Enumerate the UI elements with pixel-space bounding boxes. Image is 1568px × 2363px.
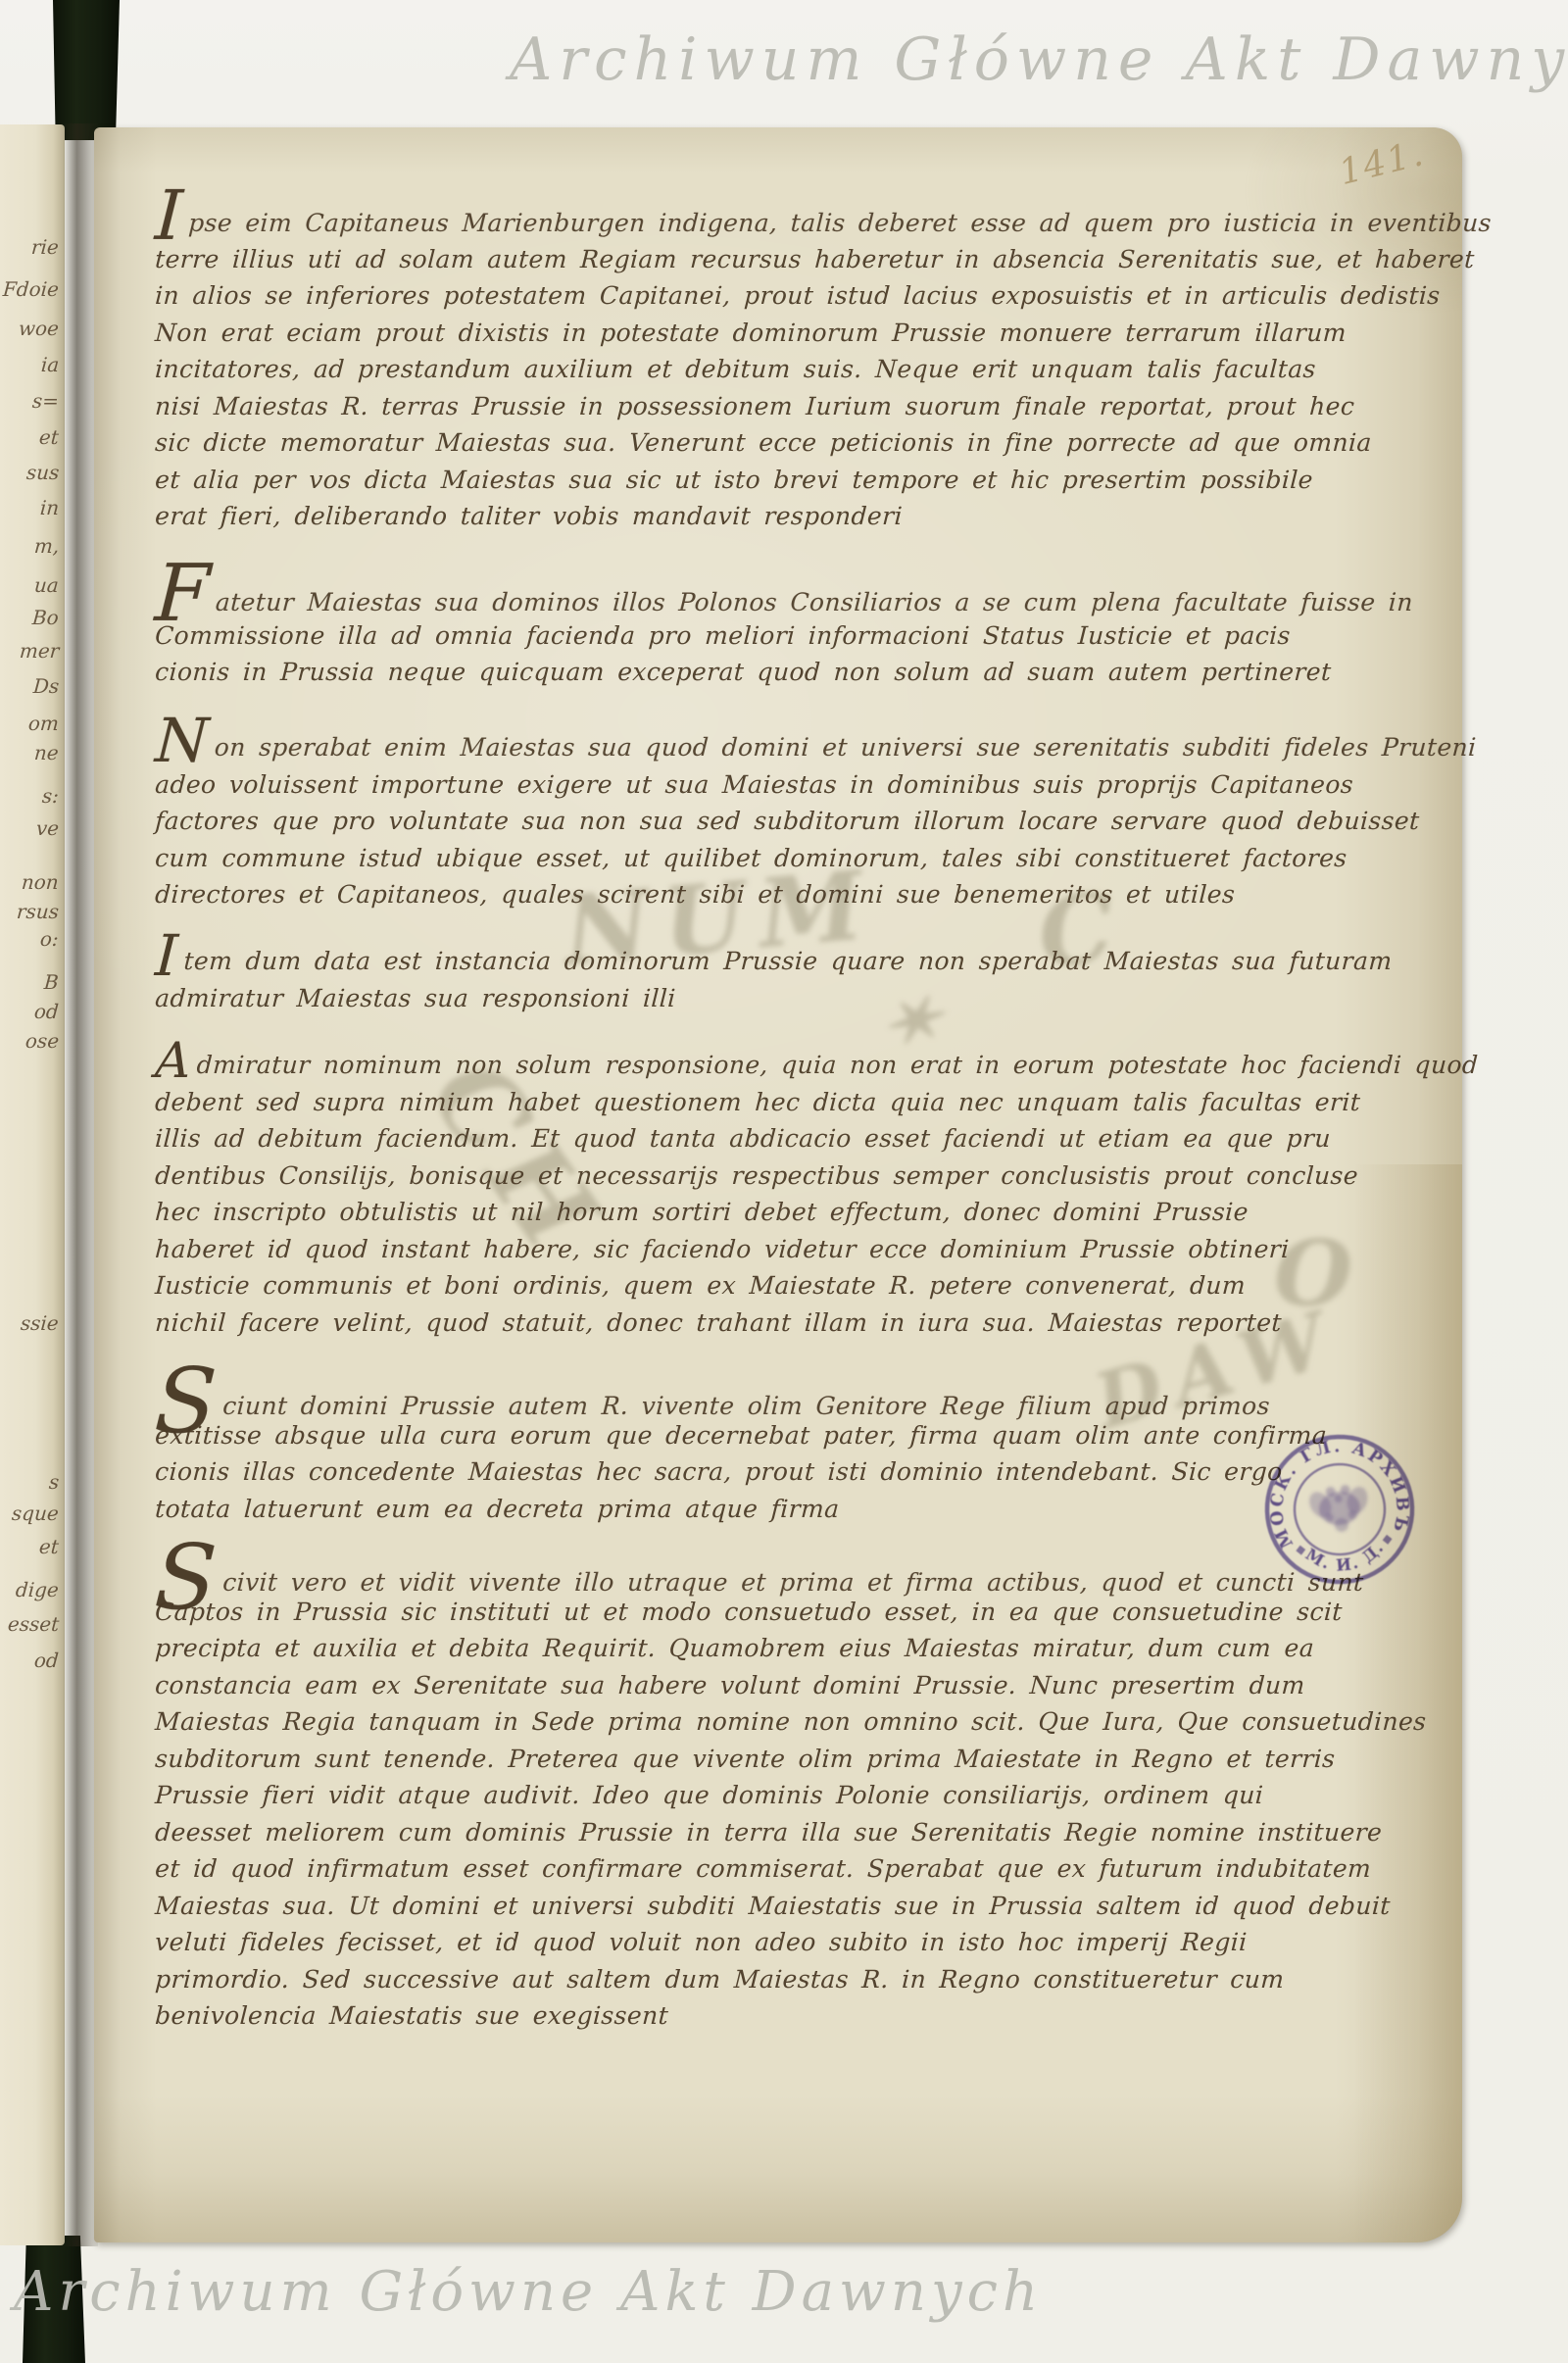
facing-page-text-fragment: o:	[39, 927, 59, 951]
facing-page-text-fragment: dige	[15, 1578, 60, 1601]
manuscript-paragraph: Scivit vero et vidit vivente illo utraqu…	[155, 1560, 1458, 2039]
facing-page-text-fragment: om	[27, 712, 60, 735]
facing-page-text-fragment: Fdoie	[2, 277, 60, 301]
manuscript-line: Sciunt domini Prussie autem R. vivente o…	[154, 1384, 1459, 1421]
manuscript-line: adeo voluissent importune exigere ut sua…	[154, 770, 1459, 808]
facing-page-text-fragment: m,	[33, 534, 60, 558]
manuscript-line: debent sed supra nimium habet questionem…	[154, 1088, 1459, 1125]
manuscript-line: sic dicte memoratur Maiestas sua. Veneru…	[154, 428, 1459, 466]
manuscript-line: Admiratur nominum non solum responsione,…	[154, 1051, 1459, 1088]
manuscript-line: factores que pro voluntate sua non sua s…	[154, 807, 1459, 844]
manuscript-line: Non sperabat enim Maiestas sua quod domi…	[154, 733, 1459, 770]
manuscript-line: Iusticie communis et boni ordinis, quem …	[154, 1271, 1459, 1308]
facing-page-text-fragment: woe	[18, 317, 60, 340]
facing-page-text-fragment: ne	[33, 741, 59, 764]
manuscript-line: haberet id quod instant habere, sic faci…	[154, 1235, 1459, 1272]
manuscript-line: Captos in Prussia sic instituti ut et mo…	[154, 1598, 1459, 1635]
manuscript-line: dentibus Consilijs, bonisque et necessar…	[154, 1161, 1459, 1199]
manuscript-line: Prussie fieri vidit atque audivit. Ideo …	[154, 1781, 1459, 1818]
stamp-arc-text: МОСК. ГЛ. АРХИВЪ	[1259, 1428, 1416, 1552]
manuscript-line: directores et Capitaneos, quales scirent…	[154, 880, 1459, 917]
archive-watermark-bottom: Archiwum Główne Akt Dawnych	[14, 2260, 1043, 2324]
manuscript-paragraph: Non sperabat enim Maiestas sua quod domi…	[155, 733, 1458, 917]
facing-page-text-fragment: rie	[30, 235, 59, 259]
bookmark-ribbon-top	[53, 0, 120, 140]
facing-page-text-fragment: od	[33, 1649, 60, 1672]
manuscript-line: hec inscripto obtulistis ut nil horum so…	[154, 1198, 1459, 1235]
facing-page-text-fragment: in	[39, 496, 60, 519]
facing-page-text-fragment: et	[38, 425, 60, 449]
manuscript-line: Maiestas sua. Ut domini et universi subd…	[154, 1892, 1459, 1929]
manuscript-line: terre illius uti ad solam autem Regiam r…	[154, 245, 1459, 282]
manuscript-line: deesset meliorem cum dominis Prussie in …	[154, 1818, 1459, 1855]
manuscript-line: nisi Maiestas R. terras Prussie in posse…	[154, 392, 1459, 429]
facing-page-text-fragment: ua	[33, 573, 59, 597]
facing-page-text-fragment: mer	[19, 639, 60, 663]
facing-page-text-fragment: B	[43, 970, 59, 994]
manuscript-line: primordio. Sed successive aut saltem dum…	[154, 1965, 1459, 2002]
facing-page-text-fragment: sus	[25, 461, 60, 484]
manuscript-line: benivolencia Maiestatis sue exegissent	[154, 2001, 1459, 2039]
archive-stamp: МОСК. ГЛ. АРХИВЪ М. И. Д.	[1251, 1421, 1429, 1599]
eagle-emblem	[1303, 1482, 1375, 1536]
manuscript-line: et id quod infirmatum esset confirmare c…	[154, 1854, 1459, 1892]
manuscript-line: Scivit vero et vidit vivente illo utraqu…	[154, 1560, 1459, 1598]
manuscript-line: Ipse eim Capitaneus Marienburgen indigen…	[154, 208, 1459, 245]
manuscript-line: illis ad debitum faciendum. Et quod tant…	[154, 1124, 1459, 1161]
facing-page-sliver: rieFdoiewoeias=etsusinm,uaBomerDsomnes:v…	[0, 124, 65, 2245]
manuscript-line: cum commune istud ubique esset, ut quili…	[154, 844, 1459, 881]
manuscript-line: incitatores, ad prestandum auxilium et d…	[154, 355, 1459, 392]
manuscript-line: erat fieri, deliberando taliter vobis ma…	[154, 502, 1459, 539]
manuscript-paragraph: Ipse eim Capitaneus Marienburgen indigen…	[155, 208, 1458, 539]
facing-page-text-fragment: ia	[40, 353, 60, 376]
manuscript-line: Commissione illa ad omnia facienda pro m…	[154, 621, 1459, 659]
manuscript-line: subditorum sunt tenende. Preterea que vi…	[154, 1745, 1459, 1782]
facing-page-text-fragment: ssie	[20, 1311, 59, 1335]
manuscript-line: Maiestas Regia tanquam in Sede prima nom…	[154, 1707, 1459, 1745]
manuscript-line: nichil facere velint, quod statuit, done…	[154, 1308, 1459, 1346]
bookmark-ribbon-bottom	[23, 2236, 85, 2363]
facing-page-text-fragment: rsus	[16, 900, 60, 923]
manuscript-scan-page: rieFdoiewoeias=etsusinm,uaBomerDsomnes:v…	[0, 0, 1568, 2363]
facing-page-text-fragment: sque	[11, 1501, 59, 1525]
facing-page-text-fragment: non	[21, 870, 59, 894]
manuscript-paragraph: Admiratur nominum non solum responsione,…	[155, 1051, 1458, 1345]
manuscript-line: constancia eam ex Serenitate sua habere …	[154, 1671, 1459, 1708]
manuscript-paragraph: Item dum data est instancia dominorum Pr…	[155, 947, 1458, 1020]
facing-page-text-fragment: s	[48, 1470, 60, 1494]
facing-page-text-fragment: s:	[41, 784, 60, 808]
manuscript-line: admiratur Maiestas sua responsioni illi	[154, 984, 1459, 1021]
facing-page-text-fragment: od	[33, 1000, 60, 1023]
facing-page-text-fragment: Ds	[32, 674, 60, 698]
book-gutter-shadow	[63, 123, 98, 2246]
manuscript-line: veluti fideles fecisset, et id quod volu…	[154, 1928, 1459, 1965]
facing-page-text-fragment: et	[38, 1535, 60, 1558]
manuscript-line: precipta et auxilia et debita Requirit. …	[154, 1634, 1459, 1671]
facing-page-text-fragment: s=	[31, 389, 60, 413]
manuscript-paragraph: Fatetur Maiestas sua dominos illos Polon…	[155, 584, 1458, 695]
facing-page-text-fragment: esset	[7, 1612, 60, 1636]
manuscript-line: et alia per vos dicta Maiestas sua sic u…	[154, 466, 1459, 503]
manuscript-line: Non erat eciam prout dixistis in potesta…	[154, 319, 1459, 356]
manuscript-line: Fatetur Maiestas sua dominos illos Polon…	[154, 584, 1459, 621]
archive-watermark-top: Archiwum Główne Akt Dawnych	[510, 25, 1568, 94]
manuscript-line: Item dum data est instancia dominorum Pr…	[154, 947, 1459, 984]
facing-page-text-fragment: ve	[35, 816, 60, 840]
manuscript-line: in alios se inferiores potestatem Capita…	[154, 281, 1459, 319]
manuscript-line: cionis in Prussia neque quicquam exceper…	[154, 658, 1459, 695]
archive-stamp-icon: МОСК. ГЛ. АРХИВЪ М. И. Д.	[1251, 1421, 1429, 1599]
facing-page-text-fragment: Bo	[31, 606, 59, 629]
facing-page-text-fragment: ose	[24, 1029, 60, 1053]
svg-text:МОСК. ГЛ. АРХИВЪ: МОСК. ГЛ. АРХИВЪ	[1259, 1428, 1416, 1552]
